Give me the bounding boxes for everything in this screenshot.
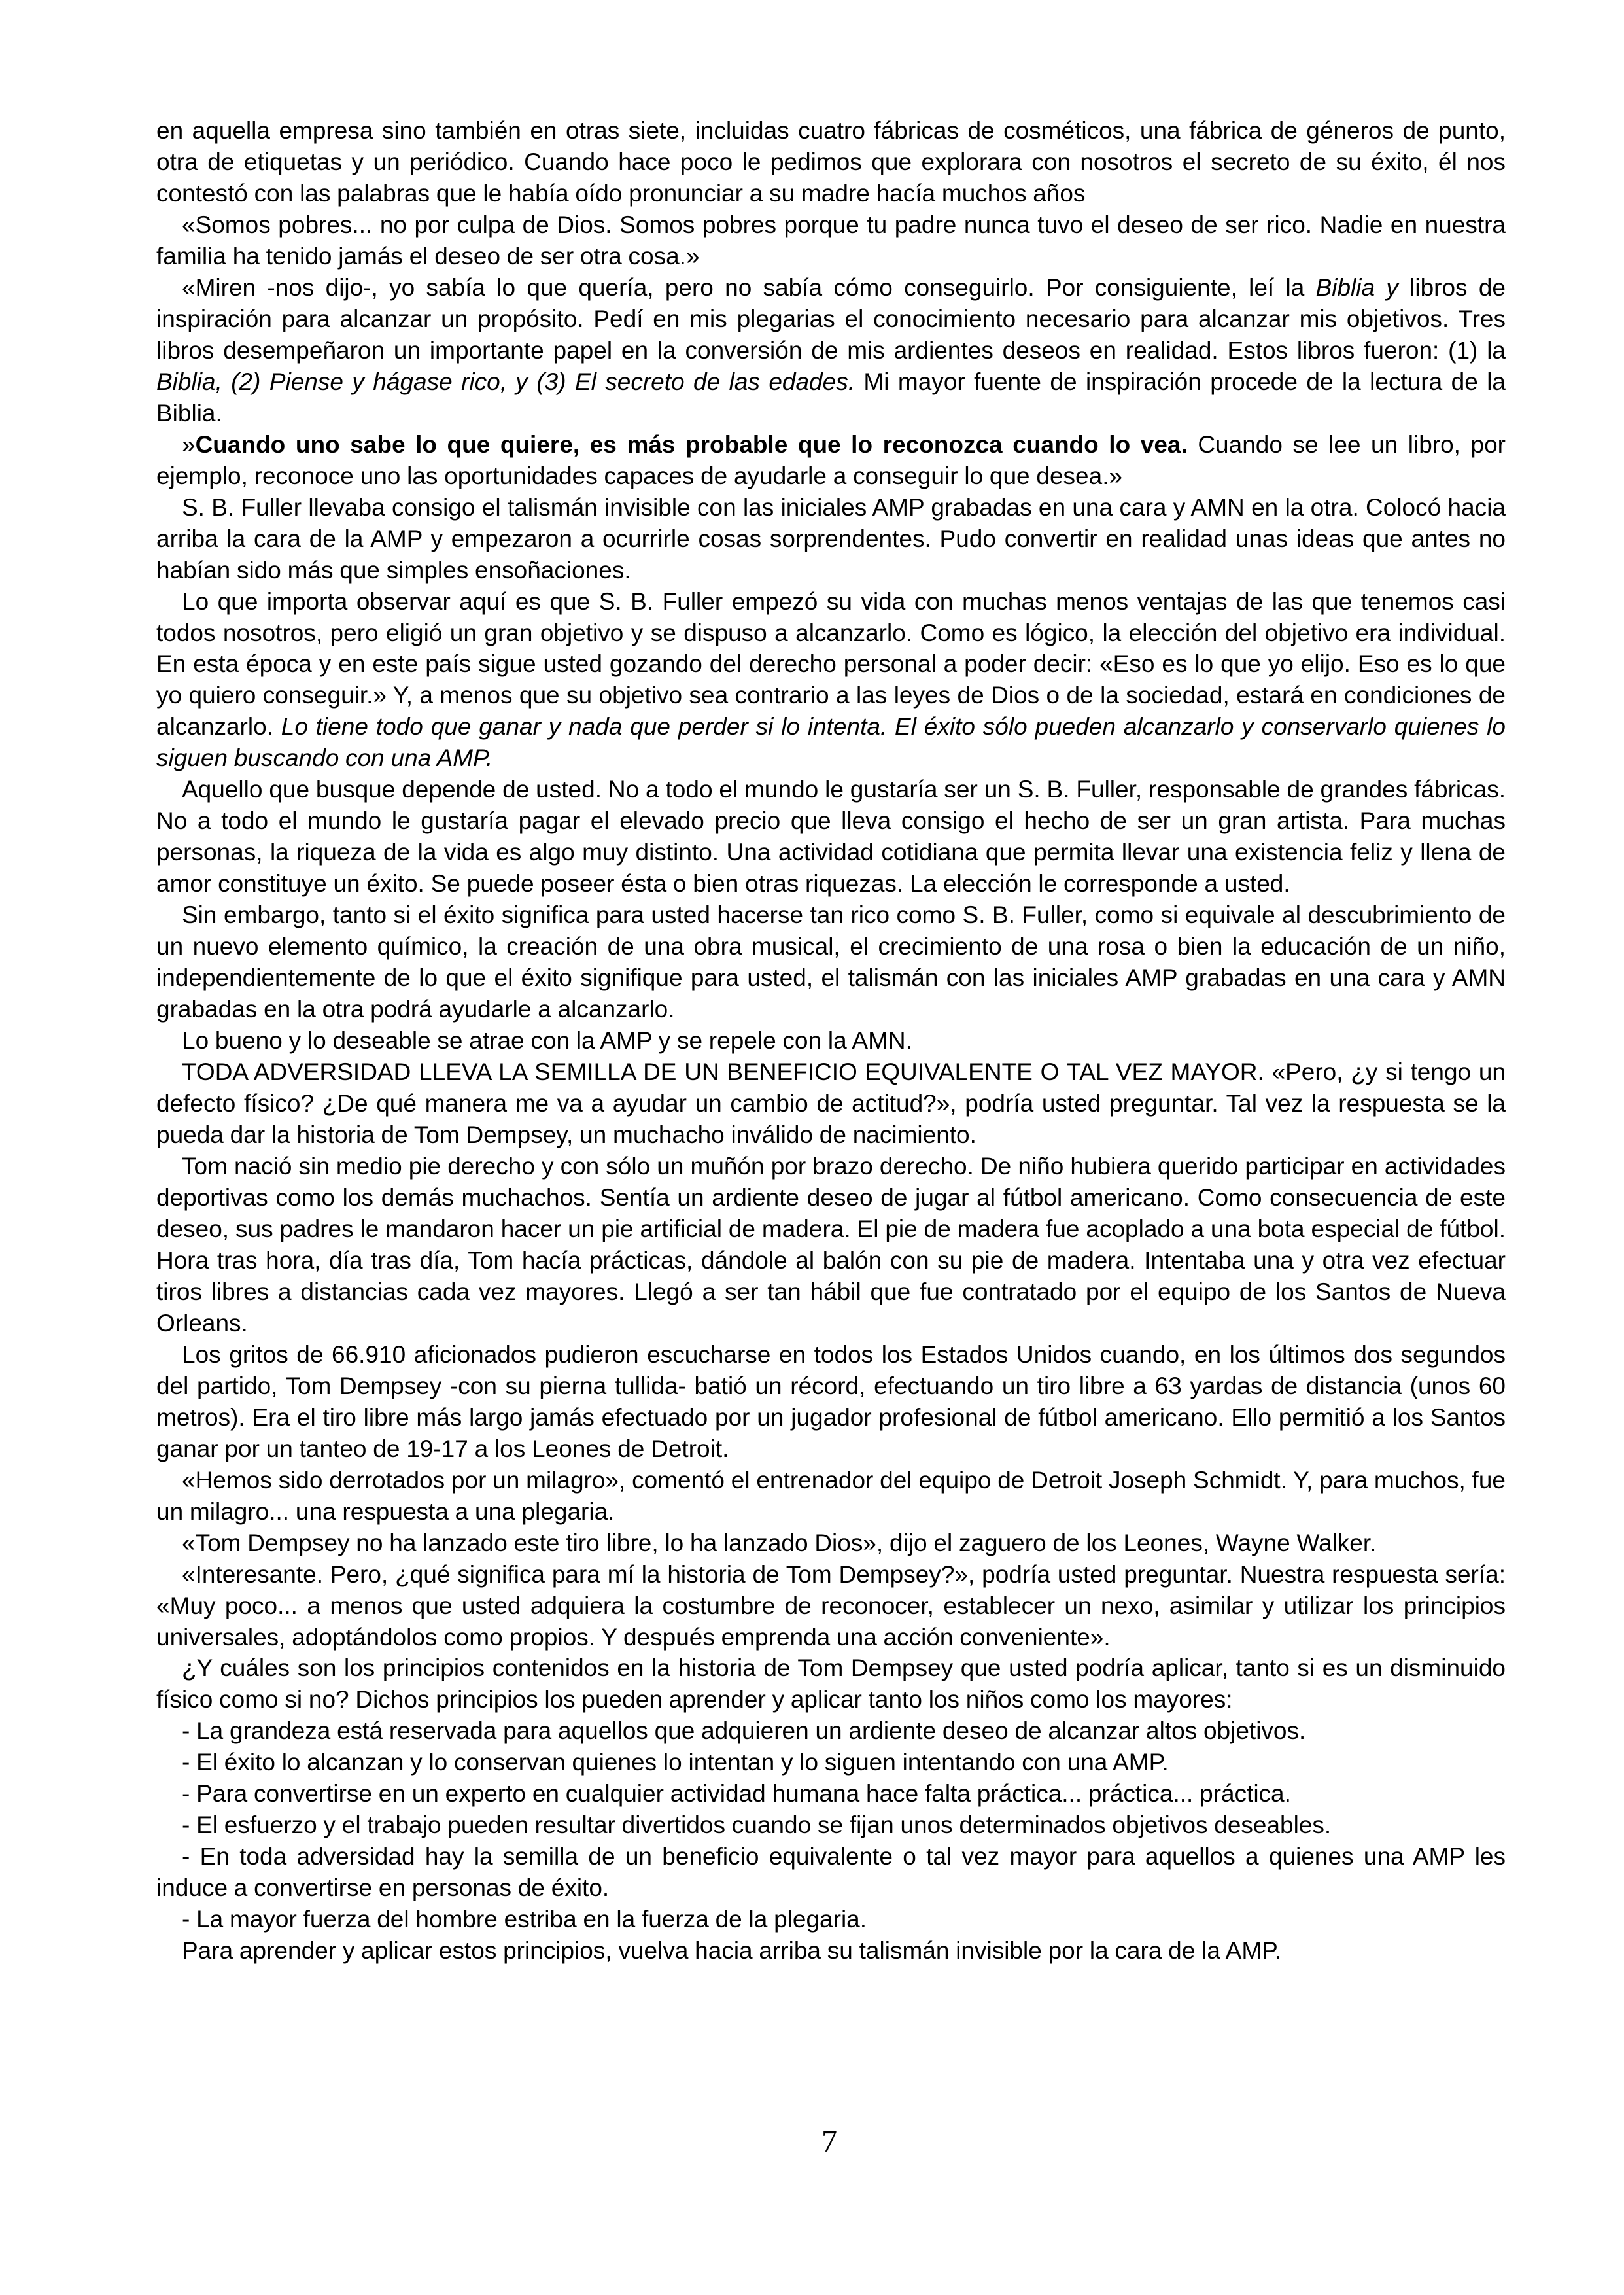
text-run: - El esfuerzo y el trabajo pueden result…	[182, 1812, 1331, 1838]
paragraph: en aquella empresa sino también en otras…	[156, 115, 1506, 209]
paragraph: Aquello que busque depende de usted. No …	[156, 774, 1506, 900]
text-run: Sin embargo, tanto si el éxito significa…	[156, 902, 1506, 1023]
text-run: - La grandeza está reservada para aquell…	[182, 1717, 1305, 1744]
text-run: TODA ADVERSIDAD LLEVA LA SEMILLA DE UN B…	[156, 1059, 1506, 1148]
text-run: Lo bueno y lo deseable se atrae con la A…	[182, 1027, 912, 1054]
text-run: Tom nació sin medio pie derecho y con só…	[156, 1153, 1506, 1337]
text-run: - La mayor fuerza del hombre estriba en …	[182, 1906, 867, 1933]
text-run: Los gritos de 66.910 aficionados pudiero…	[156, 1341, 1506, 1462]
paragraph: »Cuando uno sabe lo que quiere, es más p…	[156, 429, 1506, 492]
paragraph: S. B. Fuller llevaba consigo el talismán…	[156, 492, 1506, 586]
text-run: «Somos pobres... no por culpa de Dios. S…	[156, 211, 1506, 270]
text-run: »	[182, 431, 196, 458]
paragraph: ¿Y cuáles son los principios contenidos …	[156, 1653, 1506, 1715]
paragraph: Lo bueno y lo deseable se atrae con la A…	[156, 1025, 1506, 1057]
paragraph: «Tom Dempsey no ha lanzado este tiro lib…	[156, 1528, 1506, 1559]
paragraph: - Para convertirse en un experto en cual…	[156, 1778, 1506, 1810]
body-text: en aquella empresa sino también en otras…	[156, 115, 1506, 1967]
bold-text-run: Cuando uno sabe lo que quiere, es más pr…	[196, 431, 1188, 458]
text-run: ¿Y cuáles son los principios contenidos …	[156, 1655, 1506, 1713]
text-run: - En toda adversidad hay la semilla de u…	[156, 1843, 1506, 1901]
text-run: - El éxito lo alcanzan y lo conservan qu…	[182, 1749, 1169, 1776]
paragraph: TODA ADVERSIDAD LLEVA LA SEMILLA DE UN B…	[156, 1057, 1506, 1151]
paragraph: Los gritos de 66.910 aficionados pudiero…	[156, 1339, 1506, 1465]
italic-text-run: Biblia y	[1316, 274, 1398, 301]
italic-text-run: Biblia, (2) Piense y hágase rico, y (3) …	[156, 368, 855, 395]
paragraph: - El esfuerzo y el trabajo pueden result…	[156, 1810, 1506, 1841]
paragraph: Para aprender y aplicar estos principios…	[156, 1935, 1506, 1967]
paragraph: - En toda adversidad hay la semilla de u…	[156, 1841, 1506, 1904]
paragraph: - La grandeza está reservada para aquell…	[156, 1715, 1506, 1747]
text-run: «Tom Dempsey no ha lanzado este tiro lib…	[182, 1530, 1376, 1556]
italic-text-run: Lo tiene todo que ganar y nada que perde…	[156, 713, 1506, 771]
paragraph: «Hemos sido derrotados por un milagro», …	[156, 1465, 1506, 1528]
text-run: Aquello que busque depende de usted. No …	[156, 776, 1506, 897]
document-page: en aquella empresa sino también en otras…	[0, 0, 1624, 2295]
paragraph: - La mayor fuerza del hombre estriba en …	[156, 1904, 1506, 1935]
text-run: - Para convertirse en un experto en cual…	[182, 1780, 1291, 1807]
paragraph: Tom nació sin medio pie derecho y con só…	[156, 1151, 1506, 1339]
text-run: Para aprender y aplicar estos principios…	[182, 1937, 1281, 1964]
page-number: 7	[797, 2124, 862, 2160]
paragraph: - El éxito lo alcanzan y lo conservan qu…	[156, 1747, 1506, 1778]
paragraph: Lo que importa observar aquí es que S. B…	[156, 586, 1506, 775]
paragraph: «Miren -nos dijo-, yo sabía lo que querí…	[156, 272, 1506, 429]
text-run: «Interesante. Pero, ¿qué significa para …	[156, 1561, 1506, 1651]
text-run: S. B. Fuller llevaba consigo el talismán…	[156, 494, 1506, 584]
text-run: «Miren -nos dijo-, yo sabía lo que querí…	[182, 274, 1316, 301]
paragraph: Sin embargo, tanto si el éxito significa…	[156, 900, 1506, 1025]
paragraph: «Somos pobres... no por culpa de Dios. S…	[156, 209, 1506, 272]
paragraph: «Interesante. Pero, ¿qué significa para …	[156, 1559, 1506, 1653]
text-run: en aquella empresa sino también en otras…	[156, 117, 1506, 207]
text-run: «Hemos sido derrotados por un milagro», …	[156, 1467, 1506, 1525]
